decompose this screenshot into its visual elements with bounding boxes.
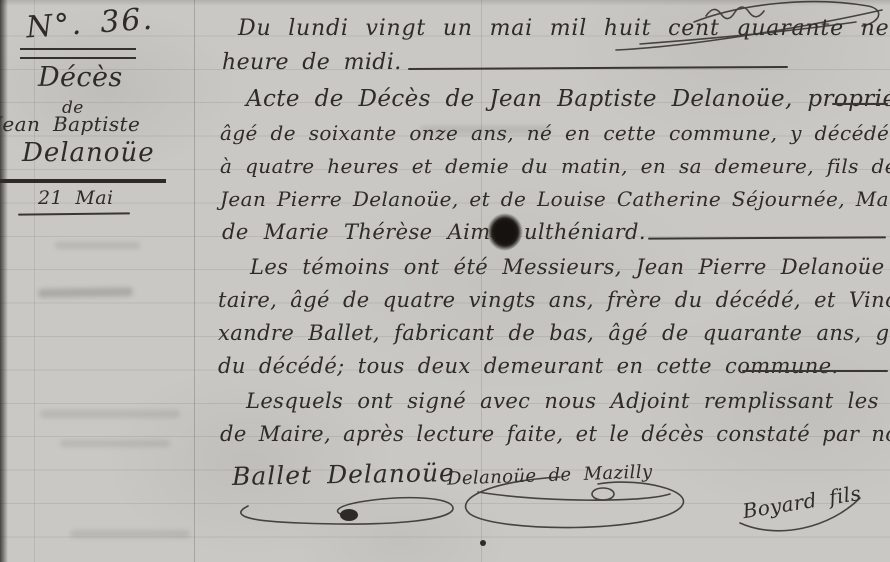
signature-official: Boyard fils — [741, 481, 863, 523]
witness1-paraph — [241, 498, 453, 524]
body-witnesses-line1: Les témoins ont été Messieurs, Jean Pier… — [250, 255, 890, 279]
body-act-line2: âgé de soixante onze ans, né en cette co… — [220, 121, 890, 145]
death-record-scan: N°. 36. Décès de Jean Baptiste Delanoüe … — [0, 0, 890, 562]
left-scan-edge — [0, 0, 8, 562]
margin-deceased-first-names: Jean Baptiste — [0, 112, 140, 136]
body-act-line4: Jean Pierre Delanoüe, et de Louise Cathe… — [220, 187, 890, 211]
margin-date-underline — [18, 212, 130, 215]
margin-record-type: Décès — [38, 62, 123, 93]
ink-blot — [487, 213, 523, 251]
body-witnesses-line2: taire, âgé de quatre vingts ans, frère d… — [218, 288, 890, 312]
bleedthrough-smudge — [55, 242, 140, 249]
body-act-line5-after-blot: ulthéniard. — [524, 220, 646, 244]
body-closing-line1: Lesquels ont signé avec nous Adjoint rem… — [246, 389, 890, 413]
act-number: N°. 36. — [25, 2, 155, 46]
body-witnesses-line4: du décédé; tous deux demeurant en cette … — [218, 354, 839, 378]
body-act-line3: à quatre heures et demie du matin, en sa… — [220, 154, 890, 178]
ink-rule-after-act-line5 — [648, 236, 886, 239]
margin-fold-line — [194, 0, 195, 562]
body-closing-line2: de Maire, après lecture faite, et le déc… — [220, 422, 890, 446]
body-witnesses-line3: xandre Ballet, fabricant de bas, âgé de … — [218, 321, 890, 345]
margin-thick-rule — [0, 179, 166, 183]
body-act-line1: Acte de Décès de Jean Baptiste Delanoüe,… — [246, 86, 890, 112]
left-inner-fold-line — [34, 0, 35, 562]
ink-rule-after-opening — [408, 66, 788, 70]
bleedthrough-smudge — [60, 440, 170, 447]
body-act-line5-before-blot: de Marie Thérèse Aimée — [222, 220, 516, 244]
body-opening-line2: heure de midi. — [222, 50, 402, 75]
bleedthrough-smudge — [40, 410, 180, 418]
margin-deceased-surname: Delanoüe — [22, 138, 155, 168]
body-opening-line1: Du lundi vingt un mai mil huit cent quar… — [238, 16, 890, 41]
margin-double-rule — [20, 48, 136, 59]
bleedthrough-smudge — [70, 530, 190, 538]
margin-date: 21 Mai — [38, 187, 113, 209]
signature-witness1: Ballet Delanoüe — [232, 458, 455, 491]
signature-witness2: Delanoüe de Mazilly — [447, 461, 653, 489]
margin-ink-smudge — [38, 287, 133, 298]
ink-rule-after-witnesses — [742, 370, 888, 372]
ink-rule-after-act-line1 — [832, 103, 888, 105]
